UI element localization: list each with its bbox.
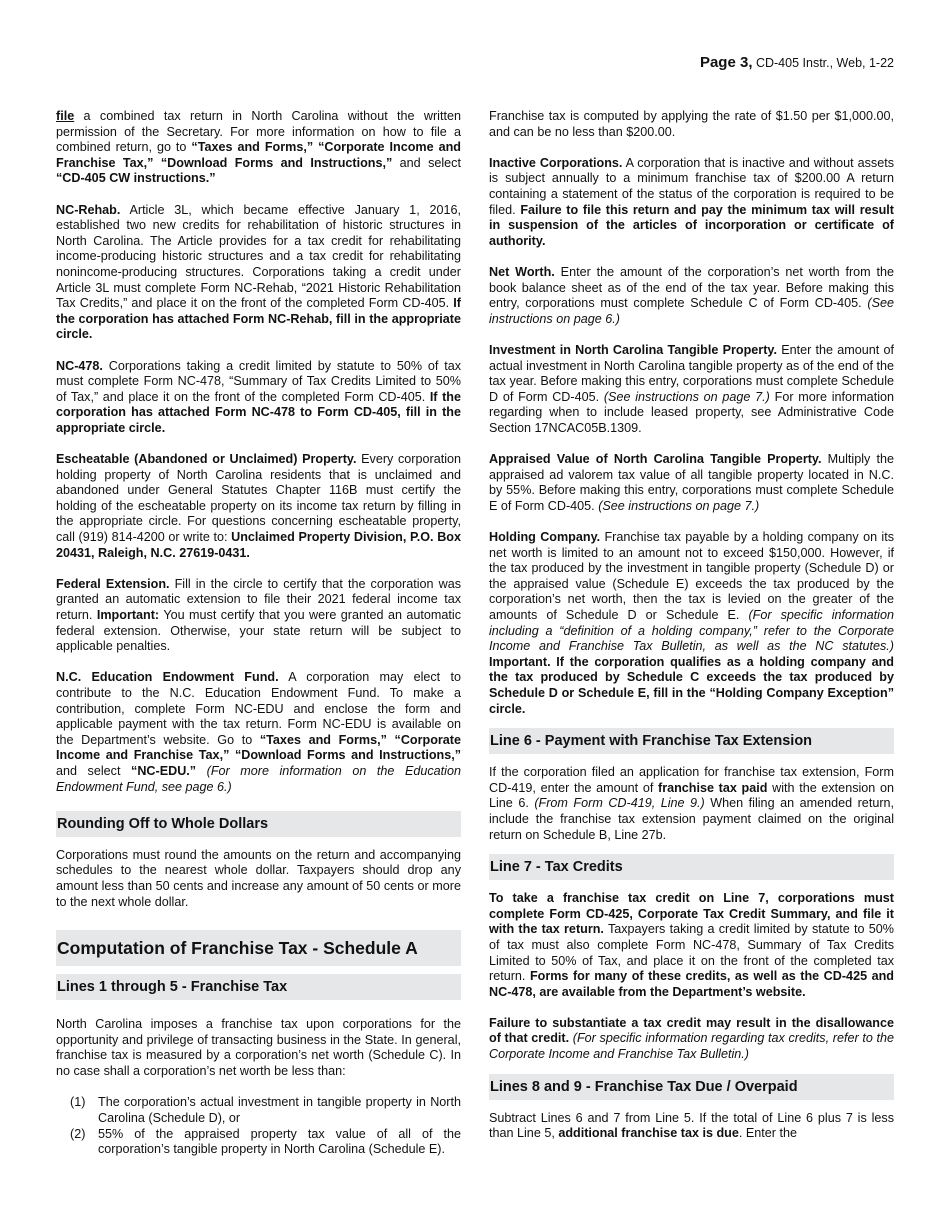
franchise-tax-paragraph: North Carolina imposes a franchise tax u… — [56, 1017, 461, 1079]
emphasis: additional franchise tax is due — [558, 1126, 739, 1140]
list-number: (2) — [56, 1127, 98, 1158]
term: Investment in North Carolina Tangible Pr… — [489, 343, 777, 357]
investment-tangible-property-paragraph: Investment in North Carolina Tangible Pr… — [489, 343, 894, 437]
line-6-paragraph: If the corporation filed an application … — [489, 765, 894, 843]
note: (See instructions on page 7.) — [598, 499, 759, 513]
emphasis: franchise tax paid — [658, 781, 767, 795]
appraised-value-paragraph: Appraised Value of North Carolina Tangib… — [489, 452, 894, 514]
nav-path: “NC-EDU.” — [131, 764, 196, 778]
nc-rehab-paragraph: NC-Rehab. Article 3L, which became effec… — [56, 203, 461, 343]
note: (See instructions on page 7.) — [604, 390, 770, 404]
term: Escheatable (Abandoned or Unclaimed) Pro… — [56, 452, 356, 466]
term: NC-Rehab. — [56, 203, 120, 217]
federal-extension-paragraph: Federal Extension. Fill in the circle to… — [56, 577, 461, 655]
rounding-paragraph: Corporations must round the amounts on t… — [56, 848, 461, 910]
list-item: (1) The corporation’s actual investment … — [56, 1095, 461, 1126]
section-heading-lines-8-9: Lines 8 and 9 - Franchise Tax Due / Over… — [489, 1074, 894, 1100]
text: Article 3L, which became effective Janua… — [56, 203, 461, 311]
holding-company-paragraph: Holding Company. Franchise tax payable b… — [489, 530, 894, 717]
page-number: Page 3, — [700, 54, 753, 71]
list-number: (1) — [56, 1095, 98, 1126]
document-reference: CD-405 Instr., Web, 1-22 — [756, 56, 894, 70]
section-heading-rounding: Rounding Off to Whole Dollars — [56, 811, 461, 837]
text: and select — [392, 156, 461, 170]
list-text: The corporation’s actual investment in t… — [98, 1095, 461, 1126]
term: Inactive Corporations. — [489, 156, 622, 170]
nc-478-paragraph: NC-478. Corporations taking a credit lim… — [56, 359, 461, 437]
credit-substantiation-paragraph: Failure to substantiate a tax credit may… — [489, 1016, 894, 1063]
term: Holding Company. — [489, 530, 600, 544]
text: . Enter the — [739, 1126, 797, 1140]
net-worth-minimum-list: (1) The corporation’s actual investment … — [56, 1095, 461, 1157]
instruction: Forms for many of these credits, as well… — [489, 969, 894, 999]
right-column: Franchise tax is computed by applying th… — [489, 109, 894, 1157]
section-heading-schedule-a: Computation of Franchise Tax - Schedule … — [56, 930, 461, 966]
emphasis-file: file — [56, 109, 74, 123]
section-heading-line-7: Line 7 - Tax Credits — [489, 854, 894, 880]
section-heading-line-6: Line 6 - Payment with Franchise Tax Exte… — [489, 728, 894, 754]
net-worth-paragraph: Net Worth. Enter the amount of the corpo… — [489, 265, 894, 327]
combined-return-paragraph: file a combined tax return in North Caro… — [56, 109, 461, 187]
inactive-corporations-paragraph: Inactive Corporations. A corporation tha… — [489, 156, 894, 250]
escheatable-property-paragraph: Escheatable (Abandoned or Unclaimed) Pro… — [56, 452, 461, 561]
franchise-rate-paragraph: Franchise tax is computed by applying th… — [489, 109, 894, 140]
term: Federal Extension. — [56, 577, 170, 591]
education-endowment-paragraph: N.C. Education Endowment Fund. A corpora… — [56, 670, 461, 795]
term: Appraised Value of North Carolina Tangib… — [489, 452, 821, 466]
section-heading-lines-1-5: Lines 1 through 5 - Franchise Tax — [56, 974, 461, 1000]
page-header: Page 3, CD-405 Instr., Web, 1-22 — [700, 54, 894, 71]
warning: Failure to file this return and pay the … — [489, 203, 894, 248]
term: N.C. Education Endowment Fund. — [56, 670, 279, 684]
note: (From Form CD-419, Line 9.) — [534, 796, 704, 810]
list-item: (2) 55% of the appraised property tax va… — [56, 1127, 461, 1158]
lines-8-9-paragraph: Subtract Lines 6 and 7 from Line 5. If t… — [489, 1111, 894, 1142]
term: Net Worth. — [489, 265, 555, 279]
list-text: 55% of the appraised property tax value … — [98, 1127, 461, 1158]
text: Corporations taking a credit limited by … — [56, 359, 461, 404]
line-7-paragraph: To take a franchise tax credit on Line 7… — [489, 891, 894, 1000]
instruction: Important. If the corporation qualifies … — [489, 655, 894, 716]
nav-path: “CD-405 CW instructions.” — [56, 171, 216, 185]
important-label: Important: — [97, 608, 159, 622]
text: and select — [56, 764, 131, 778]
left-column: file a combined tax return in North Caro… — [56, 109, 461, 1158]
term: NC-478. — [56, 359, 103, 373]
